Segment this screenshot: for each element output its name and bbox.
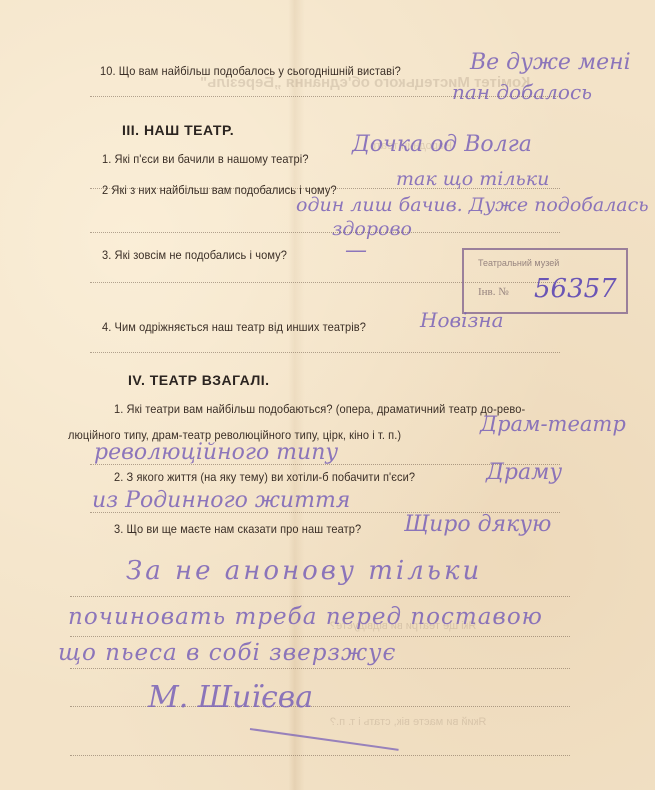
answer-3-4: Новізна xyxy=(420,308,504,332)
comment-line2: починовать треба перед поставою xyxy=(68,604,543,630)
answer-rule xyxy=(90,352,560,353)
stamp-label: Театральний музей xyxy=(478,258,559,268)
question-4-2: 2. З якого життя (на яку тему) ви хотіли… xyxy=(114,470,415,484)
stamp-inventory-number: 56357 xyxy=(534,274,617,304)
question-10: 10. Що вам найбільш подобалось у сьогодн… xyxy=(100,64,401,78)
question-3-3: 3. Які зовсім не подобались і чому? xyxy=(102,248,287,262)
answer-4-2-line2: из Родинного життя xyxy=(92,488,350,513)
answer-rule xyxy=(90,96,560,97)
signature: М. Шиїєва xyxy=(148,680,313,715)
comment-line1: За не анонову тільки xyxy=(126,556,482,586)
comment-line3: що пьеса в собі зверзжує xyxy=(58,640,396,666)
answer-3-2-line3: здорово xyxy=(332,218,412,240)
answer-rule xyxy=(70,668,570,669)
answer-3-2-line2: один лиш бачив. Дуже подобалась xyxy=(296,194,649,216)
question-3-4: 4. Чим одріжняється наш театр від инших … xyxy=(102,320,366,334)
answer-4-1-line1: Драм-театр xyxy=(480,412,626,436)
answer-3-1: Дочка од Волга xyxy=(352,132,532,157)
answer-10-line1: Ве дуже мені xyxy=(470,50,631,75)
section-3-heading: III. НАШ ТЕАТР. xyxy=(122,122,234,138)
answer-rule xyxy=(70,755,570,756)
museum-inventory-stamp: Театральний музей Інв. № 56357 xyxy=(462,248,628,314)
answer-4-3-line1: Щиро дякую xyxy=(404,512,551,537)
answer-3-3-dash: — xyxy=(345,238,367,263)
answer-rule xyxy=(70,596,570,597)
answer-rule xyxy=(70,706,570,707)
question-4-1-line1: 1. Які театри вам найбільш подобаються? … xyxy=(114,402,525,416)
answer-10-line2: пан добалось xyxy=(452,80,592,104)
section-4-heading: IV. ТЕАТР ВЗАГАЛІ. xyxy=(128,372,270,388)
answer-4-2-line1: Драму xyxy=(486,460,562,485)
question-3-1: 1. Які п'єси ви бачили в нашому театрі? xyxy=(102,152,309,166)
answer-3-2-line1: так що тільки xyxy=(396,168,549,190)
answer-4-1-line2: революційного типу xyxy=(94,440,338,465)
question-4-3: 3. Що ви ще маєте нам сказати про наш те… xyxy=(114,522,361,536)
stamp-inv-label: Інв. № xyxy=(478,286,509,298)
signature-flourish xyxy=(250,728,399,751)
bleed-through-text: Який ви маєте вік, стать і т. п.? xyxy=(330,716,486,728)
answer-rule xyxy=(90,232,560,233)
answer-rule xyxy=(70,636,570,637)
